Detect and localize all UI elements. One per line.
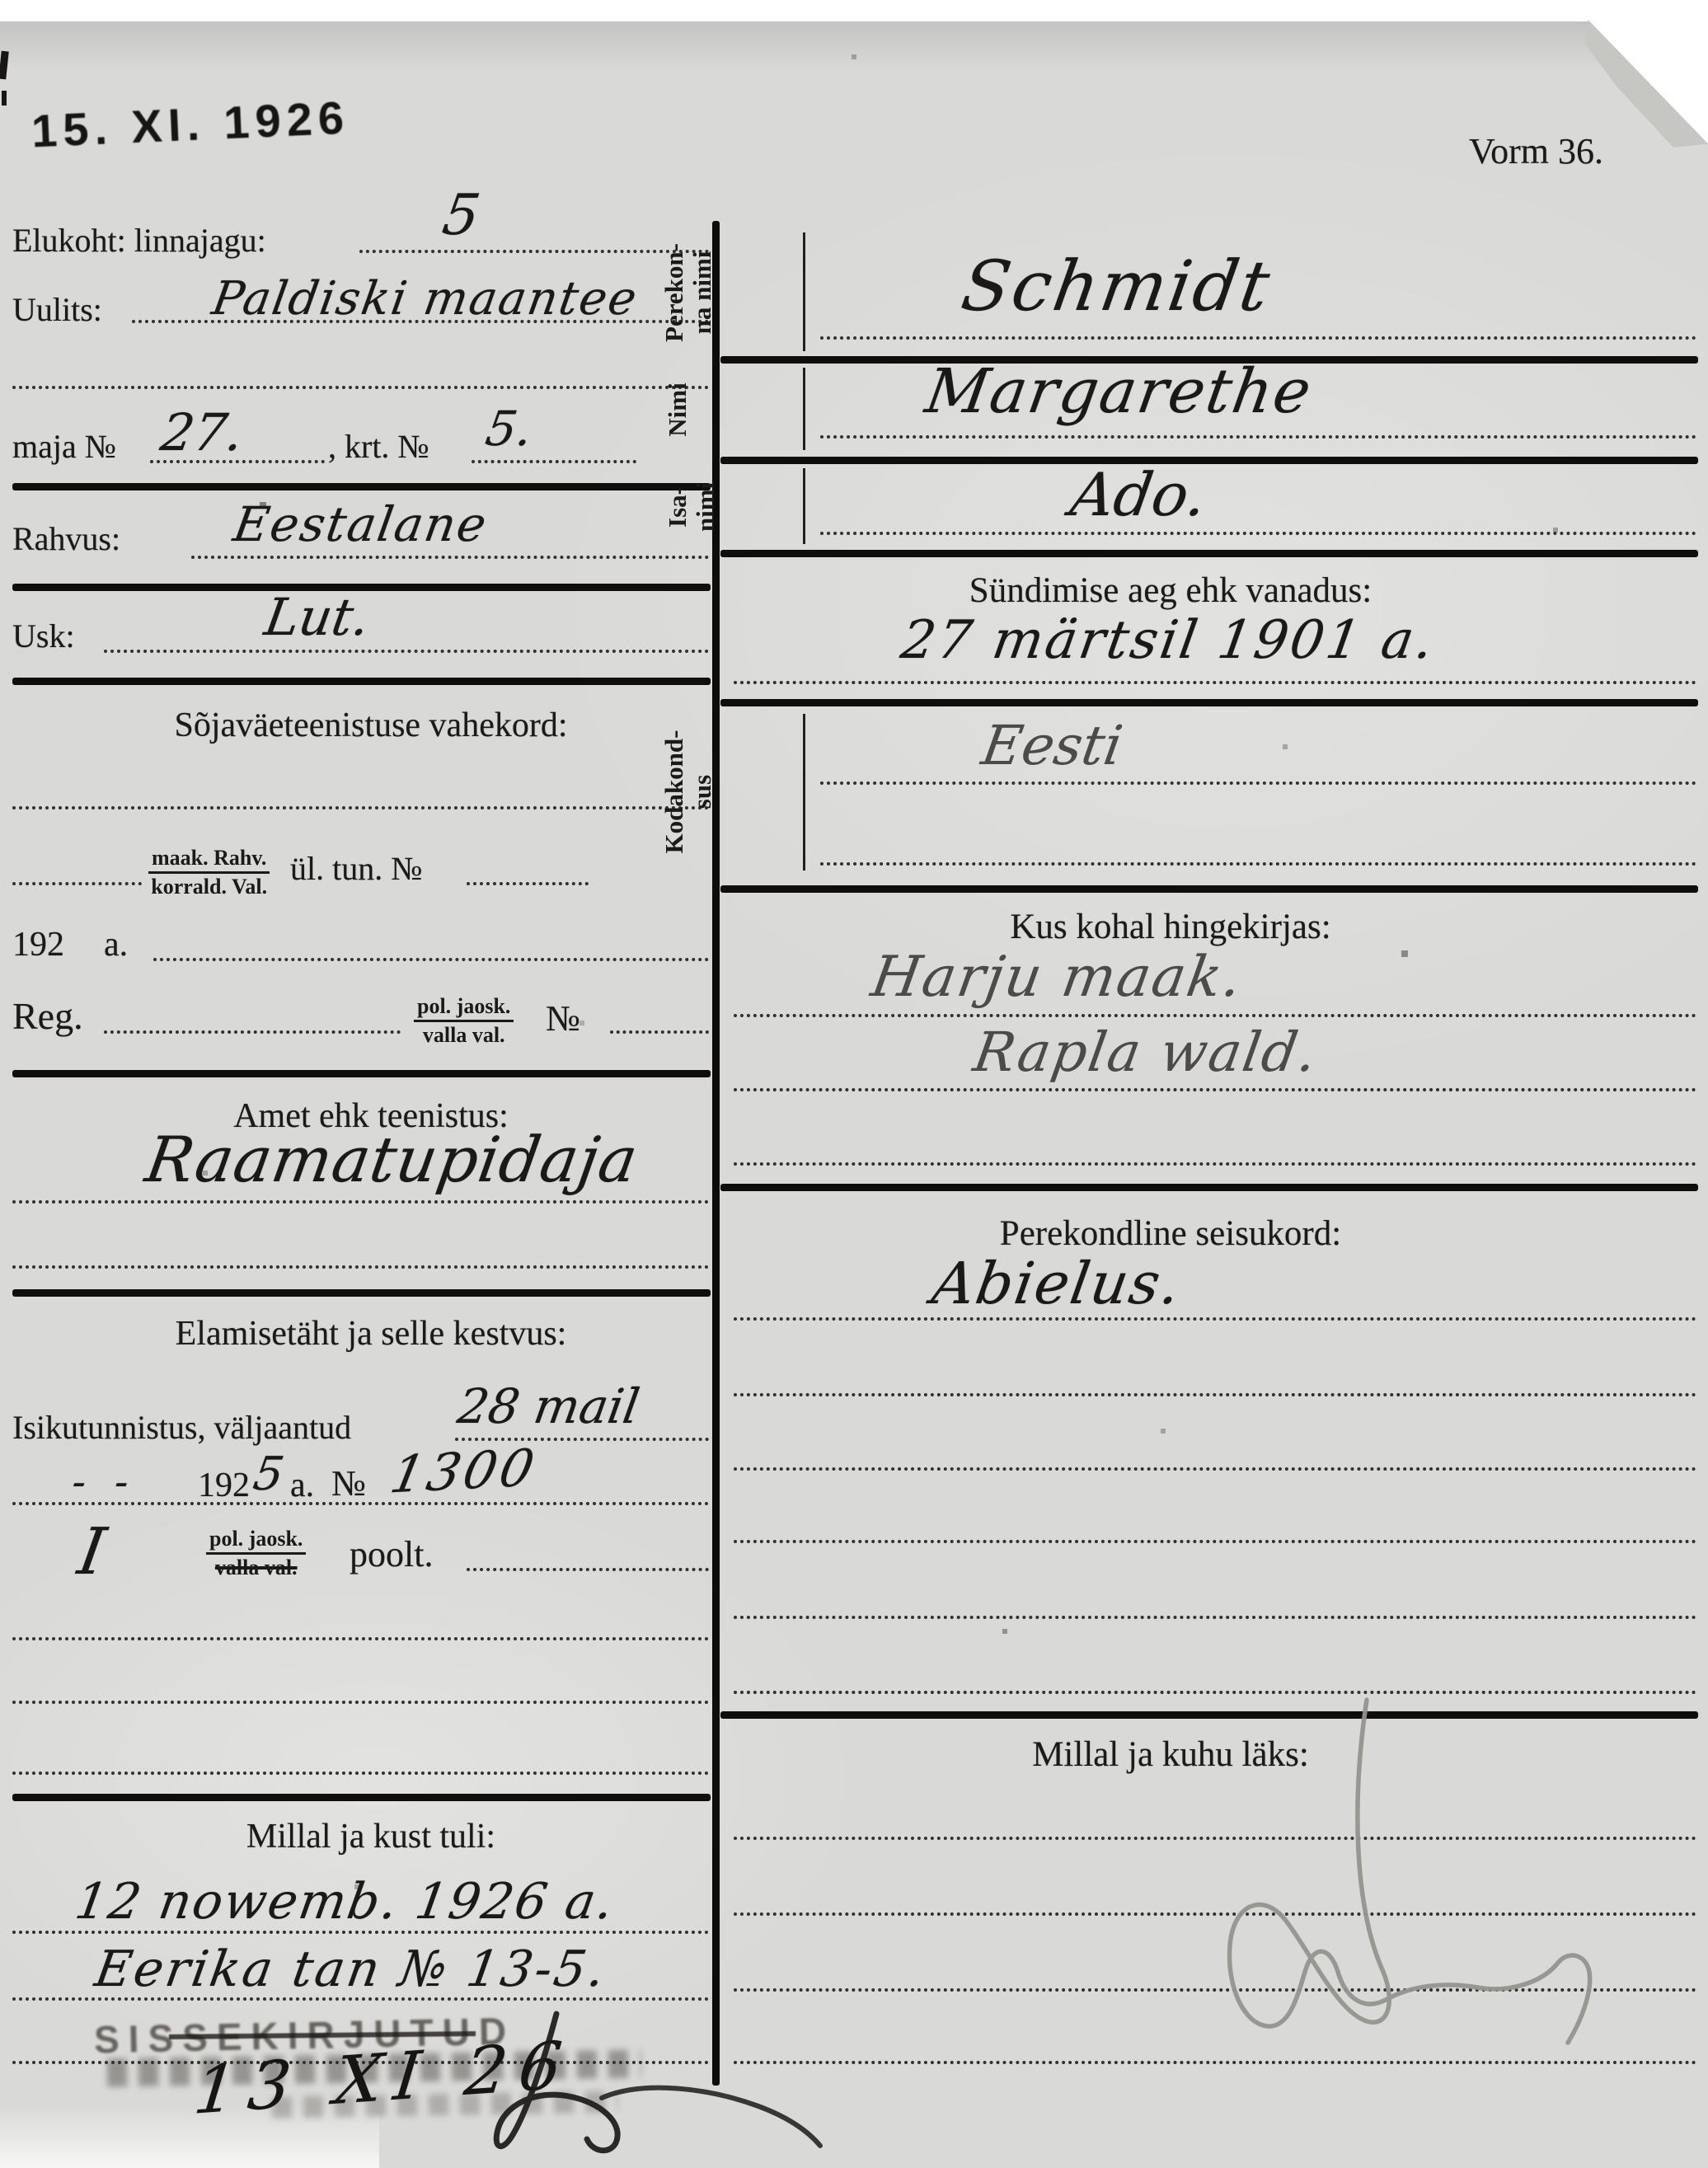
fraction-bottom-struck: valla val. bbox=[206, 1555, 306, 1580]
dotted-line bbox=[12, 386, 709, 389]
section-rule bbox=[12, 483, 711, 490]
dotted-line bbox=[12, 1265, 709, 1269]
no-sign: № bbox=[546, 997, 580, 1039]
field-sundimise-value: 27 märtsil 1901 a. bbox=[897, 610, 1440, 671]
reg-label: Reg. bbox=[12, 994, 83, 1038]
isanimi-vertical-label: Isa- nimi bbox=[664, 466, 732, 548]
field-isanimi-value: Ado. bbox=[1066, 460, 1211, 529]
field-elukoht-label: Elukoht: linnajagu: bbox=[12, 221, 266, 260]
ink-signature bbox=[478, 1999, 833, 2164]
section-rule bbox=[720, 699, 1698, 706]
dotted-line bbox=[820, 862, 1696, 866]
field-maja-label: maja № bbox=[12, 427, 116, 466]
dotted-line bbox=[734, 1616, 1696, 1619]
dotted-line bbox=[12, 1701, 709, 1704]
dotted-line bbox=[734, 681, 1696, 684]
roman-numeral-value: I bbox=[73, 1515, 110, 1589]
label-line: Isa- bbox=[663, 486, 692, 528]
field-usk-label: Usk: bbox=[12, 617, 75, 655]
dotted-line bbox=[12, 806, 709, 809]
a-label-2: a. bbox=[290, 1466, 314, 1505]
label-line: sus bbox=[687, 775, 716, 809]
dotted-line bbox=[472, 460, 636, 463]
dotted-line bbox=[610, 1030, 709, 1034]
paper-top-shading bbox=[0, 21, 1708, 71]
dotted-line bbox=[734, 1088, 1696, 1091]
fraction-top: maak. Rahv. bbox=[148, 846, 270, 874]
pol-jaosk-fraction: pol. jaosk. valla val. bbox=[414, 994, 514, 1048]
field-krt-label: , krt. № bbox=[328, 427, 429, 466]
dotted-line bbox=[820, 336, 1696, 340]
label-line: Nimi bbox=[663, 382, 692, 436]
label-line: na nimi bbox=[687, 251, 716, 335]
dotted-line bbox=[734, 1162, 1696, 1166]
year-1925-printed: 192 bbox=[198, 1466, 250, 1505]
dotted-line bbox=[734, 1540, 1696, 1543]
no-sign-2: № bbox=[331, 1462, 366, 1504]
dotted-line bbox=[104, 650, 709, 653]
paper-specks bbox=[0, 0, 2, 2]
label-line: nimi bbox=[691, 482, 720, 532]
fraction-bottom: valla val. bbox=[414, 1022, 514, 1048]
dotted-line bbox=[820, 532, 1696, 535]
fraction-bottom: korrald. Val. bbox=[148, 874, 270, 899]
dotted-line bbox=[734, 1393, 1696, 1396]
dash-marks: - - bbox=[69, 1459, 141, 1505]
section-rule bbox=[12, 1070, 711, 1077]
field-seisukord-value: Abielus. bbox=[928, 1250, 1187, 1317]
label-line: Perekon- bbox=[659, 243, 688, 342]
field-uulits-value: Paldiski maantee bbox=[209, 272, 642, 326]
field-hingekirjas-value-1: Harju maak. bbox=[867, 945, 1248, 1010]
seisukord-heading: Perekondline seisukord: bbox=[734, 1213, 1607, 1254]
field-hingekirjas-value-2: Rapla wald. bbox=[969, 1021, 1323, 1084]
a-label: a. bbox=[104, 925, 128, 964]
scanner-background-strip bbox=[0, 0, 1708, 21]
dotted-line bbox=[104, 1030, 401, 1034]
year-192-label: 192 bbox=[12, 925, 64, 964]
received-date-stamp: 15. XI. 1926 bbox=[30, 91, 350, 158]
pencil-signature bbox=[1187, 1665, 1706, 2061]
field-uulits-label: Uulits: bbox=[12, 290, 102, 329]
isikutunnistus-number-value: 1300 bbox=[386, 1438, 542, 1505]
tuli-date-value: 12 nowemb. 1926 a. bbox=[71, 1873, 618, 1931]
dotted-line bbox=[153, 958, 709, 961]
poolt-label: poolt. bbox=[350, 1533, 433, 1575]
dotted-line bbox=[734, 1317, 1696, 1321]
dotted-line bbox=[191, 556, 709, 559]
sundimise-heading: Sündimise aeg ehk vanadus: bbox=[734, 570, 1607, 611]
dotted-line bbox=[12, 1931, 709, 1934]
year-1925-digit: 5 bbox=[250, 1448, 288, 1501]
perekonnanimi-vertical-label: Perekon- na nimi bbox=[660, 231, 729, 354]
military-section-heading: Sõjaväeteenistuse vahekord: bbox=[16, 706, 725, 745]
isikutunnistus-date-value: 28 mail bbox=[454, 1378, 644, 1434]
dotted-line bbox=[734, 1014, 1696, 1017]
form-number: Vorm 36. bbox=[1469, 130, 1603, 172]
dotted-line bbox=[12, 882, 142, 885]
field-kodakondsus-value: Eesti bbox=[978, 714, 1127, 777]
dotted-line bbox=[820, 781, 1696, 785]
field-krt-value: 5. bbox=[482, 401, 537, 457]
tuli-from-value: Eerika tan № 13-5. bbox=[91, 1940, 611, 1998]
section-rule bbox=[720, 885, 1698, 893]
dotted-line bbox=[734, 2061, 1696, 2064]
section-rule bbox=[12, 1794, 711, 1801]
label-separator-line bbox=[803, 714, 805, 870]
hingekirjas-heading: Kus kohal hingekirjas: bbox=[734, 907, 1607, 947]
scan-edge-mark bbox=[2, 91, 7, 106]
section-rule bbox=[12, 678, 711, 685]
section-rule bbox=[720, 550, 1698, 557]
section-rule bbox=[12, 1289, 711, 1297]
field-maja-value: 27. bbox=[157, 402, 247, 462]
elamisetaht-section-heading: Elamisetäht ja selle kestvus: bbox=[16, 1314, 725, 1354]
registration-card-scan: 15. XI. 1926 Vorm 36. Elukoht: linnajagu… bbox=[0, 0, 1708, 2168]
label-separator-line bbox=[803, 232, 805, 351]
dotted-line bbox=[12, 1771, 709, 1775]
field-nimi-value: Margarethe bbox=[921, 356, 1317, 427]
pol-jaosk-fraction-2: pol. jaosk. valla val. bbox=[206, 1527, 306, 1580]
kodakondsus-vertical-label: Kodakond- sus bbox=[660, 711, 729, 872]
field-elukoht-value: 5 bbox=[439, 183, 485, 248]
isikutunnistus-label: Isikutunnistus, väljaantud bbox=[12, 1408, 351, 1447]
field-rahvus-label: Rahvus: bbox=[12, 519, 120, 558]
section-rule bbox=[720, 1184, 1698, 1191]
field-usk-value: Lut. bbox=[260, 587, 373, 647]
nimi-vertical-label: Nimi bbox=[664, 364, 732, 455]
fraction-top: pol. jaosk. bbox=[414, 994, 514, 1022]
dotted-line bbox=[12, 1200, 709, 1204]
maak-rahv-fraction: maak. Rahv. korrald. Val. bbox=[148, 846, 270, 899]
dotted-line bbox=[359, 250, 709, 253]
ul-tun-label: ül. tun. № bbox=[290, 849, 422, 888]
field-perekonnanimi-value: Schmidt bbox=[956, 246, 1277, 326]
label-line: Kodakond- bbox=[659, 730, 688, 854]
dotted-line bbox=[734, 1467, 1696, 1471]
dotted-line bbox=[467, 1568, 709, 1571]
tuli-section-heading: Millal ja kust tuli: bbox=[16, 1817, 725, 1856]
fraction-top: pol. jaosk. bbox=[206, 1527, 306, 1555]
label-separator-line bbox=[803, 368, 805, 450]
dotted-line bbox=[820, 435, 1696, 439]
field-amet-value: Raamatupidaja bbox=[141, 1123, 643, 1196]
field-rahvus-value: Eestalane bbox=[230, 496, 492, 552]
dotted-line bbox=[12, 1637, 709, 1640]
dotted-line bbox=[467, 882, 589, 885]
label-separator-line bbox=[803, 468, 805, 544]
